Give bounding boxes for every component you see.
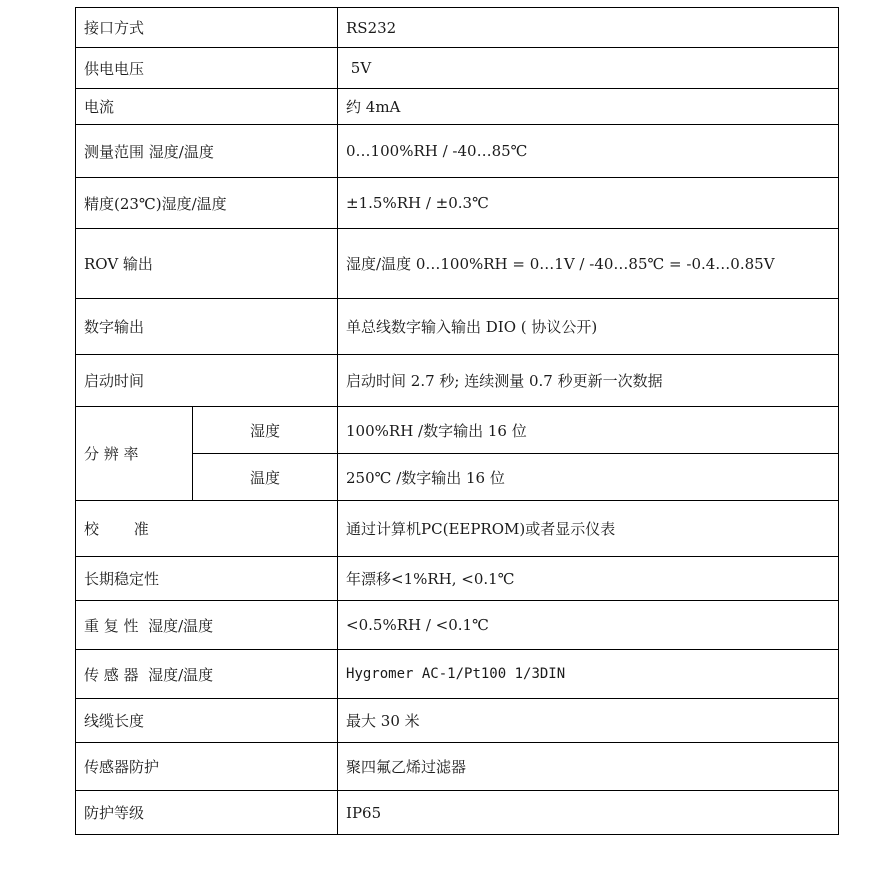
row-label-digital-output: 数字输出 [76, 299, 338, 355]
row-value-repeatability: <0.5%RH / <0.1℃ [338, 601, 839, 650]
row-value-measure-range: 0…100%RH / -40…85℃ [338, 125, 839, 178]
row-value-supply-voltage: 5V [338, 48, 839, 89]
row-label-sensor: 传 感 器 湿度/温度 [76, 650, 338, 699]
table-row: 传 感 器 湿度/温度 Hygromer AC-1/Pt100 1/3DIN [76, 650, 839, 699]
row-label-protection-class: 防护等级 [76, 791, 338, 835]
table-row: 测量范围 湿度/温度 0…100%RH / -40…85℃ [76, 125, 839, 178]
table-row: 长期稳定性 年漂移<1%RH, <0.1℃ [76, 557, 839, 601]
row-value-protection-class: IP65 [338, 791, 839, 835]
row-label-measure-range: 测量范围 湿度/温度 [76, 125, 338, 178]
row-value-startup-time: 启动时间 2.7 秒; 连续测量 0.7 秒更新一次数据 [338, 355, 839, 407]
table-row: 接口方式 RS232 [76, 8, 839, 48]
row-label-startup-time: 启动时间 [76, 355, 338, 407]
table-row: 重 复 性 湿度/温度 <0.5%RH / <0.1℃ [76, 601, 839, 650]
row-sublabel-temperature: 温度 [193, 454, 338, 501]
table-row: 校 准 通过计算机PC(EEPROM)或者显示仪表 [76, 501, 839, 557]
row-value-current: 约 4mA [338, 89, 839, 125]
spec-table: 接口方式 RS232 供电电压 5V 电流 约 4mA 测量范围 湿度/温度 0… [75, 7, 839, 835]
row-value-accuracy: ±1.5%RH / ±0.3℃ [338, 178, 839, 229]
row-value-cable-length: 最大 30 米 [338, 699, 839, 743]
row-label-repeatability: 重 复 性 湿度/温度 [76, 601, 338, 650]
row-value-digital-output: 单总线数字输入输出 DIO ( 协议公开) [338, 299, 839, 355]
row-label-supply-voltage: 供电电压 [76, 48, 338, 89]
table-row: 精度(23℃)湿度/温度 ±1.5%RH / ±0.3℃ [76, 178, 839, 229]
row-label-accuracy: 精度(23℃)湿度/温度 [76, 178, 338, 229]
row-value-resolution-temperature: 250℃ /数字输出 16 位 [338, 454, 839, 501]
row-sublabel-humidity: 湿度 [193, 407, 338, 454]
row-value-rov-output: 湿度/温度 0…100%RH = 0…1V / -40…85℃ = -0.4…0… [338, 229, 839, 299]
row-label-interface: 接口方式 [76, 8, 338, 48]
table-row: ROV 输出 湿度/温度 0…100%RH = 0…1V / -40…85℃ =… [76, 229, 839, 299]
table-row: 启动时间 启动时间 2.7 秒; 连续测量 0.7 秒更新一次数据 [76, 355, 839, 407]
row-value-sensor: Hygromer AC-1/Pt100 1/3DIN [338, 650, 839, 699]
table-row: 供电电压 5V [76, 48, 839, 89]
row-label-resolution: 分 辨 率 [76, 407, 193, 501]
row-label-calibration: 校 准 [76, 501, 338, 557]
table-row: 传感器防护 聚四氟乙烯过滤器 [76, 743, 839, 791]
row-value-resolution-humidity: 100%RH /数字输出 16 位 [338, 407, 839, 454]
table-row: 分 辨 率 湿度 100%RH /数字输出 16 位 [76, 407, 839, 454]
row-value-long-term-stability: 年漂移<1%RH, <0.1℃ [338, 557, 839, 601]
table-row: 电流 约 4mA [76, 89, 839, 125]
row-value-sensor-protection: 聚四氟乙烯过滤器 [338, 743, 839, 791]
table-row: 防护等级 IP65 [76, 791, 839, 835]
row-label-long-term-stability: 长期稳定性 [76, 557, 338, 601]
row-label-cable-length: 线缆长度 [76, 699, 338, 743]
row-label-rov-output: ROV 输出 [76, 229, 338, 299]
table-row: 数字输出 单总线数字输入输出 DIO ( 协议公开) [76, 299, 839, 355]
row-value-calibration: 通过计算机PC(EEPROM)或者显示仪表 [338, 501, 839, 557]
row-label-sensor-protection: 传感器防护 [76, 743, 338, 791]
table-row: 线缆长度 最大 30 米 [76, 699, 839, 743]
row-value-interface: RS232 [338, 8, 839, 48]
row-label-current: 电流 [76, 89, 338, 125]
